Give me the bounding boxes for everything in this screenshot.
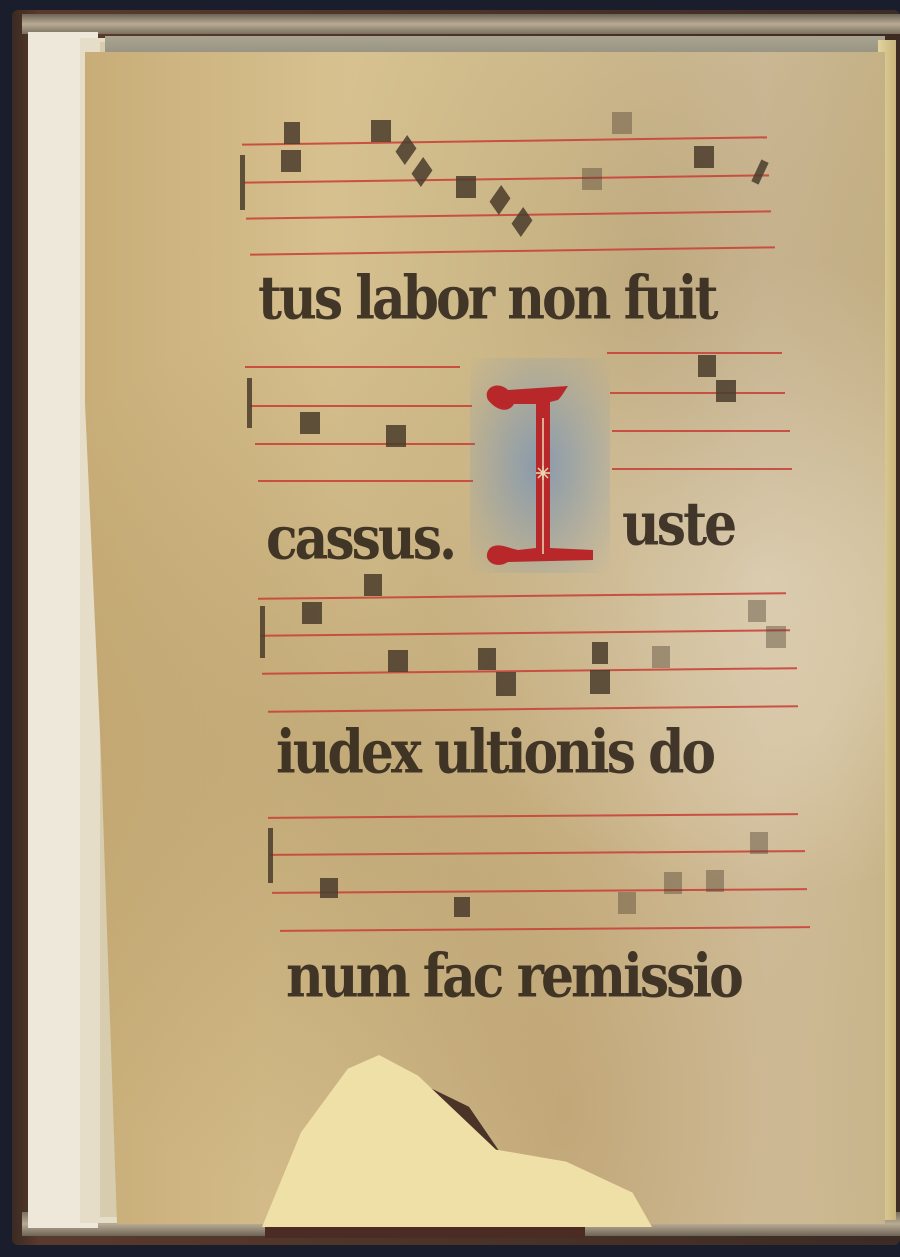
- neume: [386, 425, 406, 447]
- neume: [496, 672, 516, 696]
- neume: [652, 646, 670, 668]
- neume: [281, 150, 301, 172]
- neume: [388, 650, 408, 672]
- clef-icon: [260, 606, 265, 658]
- neume: [750, 832, 768, 854]
- neume: [766, 626, 786, 648]
- neume: [302, 602, 322, 624]
- text-line-2-after-initial: uste: [622, 489, 734, 559]
- neume: [284, 122, 300, 144]
- neume: [612, 112, 632, 134]
- neume: [364, 574, 382, 596]
- neume: [456, 176, 476, 198]
- neume: [698, 355, 716, 377]
- neume: [664, 872, 682, 894]
- neume: [590, 670, 610, 694]
- neume: [300, 412, 320, 434]
- neume: [706, 870, 724, 892]
- clef-icon: [247, 378, 252, 428]
- decorated-initial-I: [478, 378, 608, 573]
- neume: [582, 168, 602, 190]
- neume: [592, 642, 608, 664]
- neume: [371, 120, 391, 142]
- clef-icon: [268, 828, 273, 883]
- neume: [694, 146, 714, 168]
- text-line-2-before-initial: cassus.: [266, 503, 454, 573]
- neume: [716, 380, 736, 402]
- text-line-3: iudex ultionis do: [276, 717, 713, 787]
- neume: [618, 892, 636, 914]
- clef-icon: [240, 155, 245, 210]
- text-line-4: num fac remissio: [286, 941, 741, 1011]
- neume: [320, 878, 338, 898]
- cover-top-edge: [22, 14, 900, 34]
- text-line-1: tus labor non fuit: [258, 263, 716, 333]
- neume: [748, 600, 766, 622]
- neume: [454, 897, 470, 917]
- parchment-leaf: [85, 52, 885, 1224]
- neume: [478, 648, 496, 670]
